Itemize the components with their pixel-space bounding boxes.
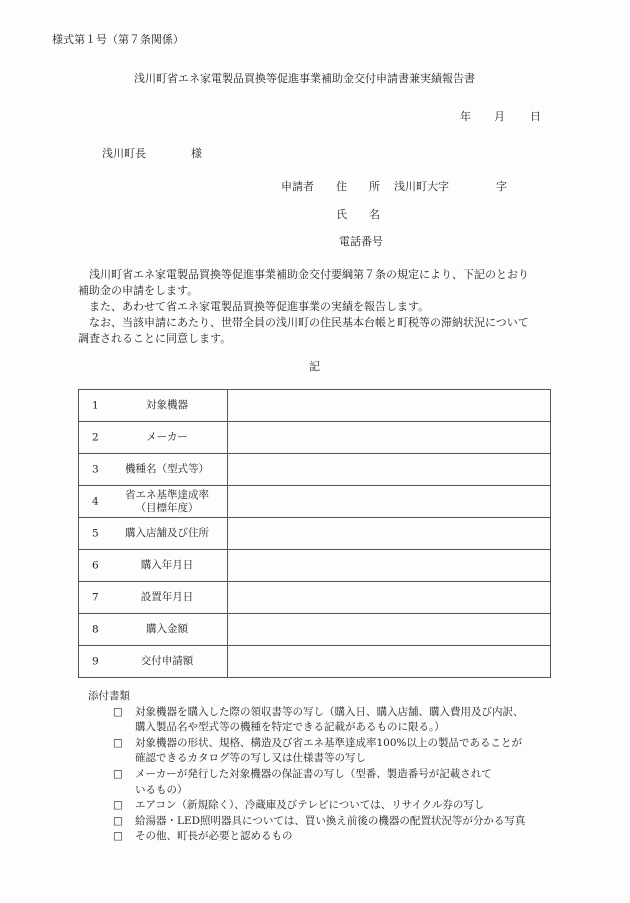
body-text: 浅川町省エネ家電製品買換等促進事業補助金交付要綱第７条の規定により、下記のとおり… — [78, 267, 558, 347]
attachment-item: □ エアコン（新規除く）、冷蔵庫及びテレビについては、リサイクル券の写し — [88, 798, 568, 814]
table-row: 8購入金額 — [79, 614, 551, 646]
row-number: 1 — [92, 399, 99, 412]
attachment-item: □ 対象機器の形状、規格、構造及び省エネ基準達成率100%以上の製品であることが… — [88, 736, 568, 767]
row-number: 8 — [92, 623, 99, 636]
row-number: 2 — [92, 431, 99, 444]
row-value-cell[interactable] — [228, 646, 551, 678]
row-value-cell[interactable] — [228, 454, 551, 486]
para3-line2: 調査されることに同意します。 — [78, 331, 558, 347]
para2: また、あわせて省エネ家電製品買換等促進事業の実績を報告します。 — [78, 299, 558, 315]
phone-label: 電話番号 — [339, 235, 383, 249]
address-label-2: 所 — [369, 180, 380, 194]
address-value[interactable]: 浅川町大字 — [394, 180, 449, 194]
row-label: 購入店舗及び住所 — [79, 527, 227, 540]
attachment-line: 購入製品名や型式等の機種を特定できる記載があるものに限る。） — [135, 720, 568, 736]
row-value-cell[interactable] — [228, 614, 551, 646]
table-row: 3機種名（型式等） — [79, 454, 551, 486]
table-row: 2メーカー — [79, 422, 551, 454]
para1-line1: 浅川町省エネ家電製品買換等促進事業補助金交付要綱第７条の規定により、下記のとおり — [78, 267, 558, 283]
row-number: 7 — [92, 591, 99, 604]
name-label-1: 氏 — [336, 208, 347, 222]
row-value-cell[interactable] — [228, 390, 551, 422]
addressee-name: 浅川町長 — [102, 147, 146, 161]
checkbox-icon[interactable]: □ — [113, 829, 123, 845]
table-row: 5購入店舗及び住所 — [79, 518, 551, 550]
row-label: 購入金額 — [79, 623, 227, 636]
attachment-line: メーカーが発行した対象機器の保証書の写し（型番、製造番号が記載されて — [135, 767, 568, 783]
row-value-cell[interactable] — [228, 518, 551, 550]
table-row: 1対象機器 — [79, 390, 551, 422]
row-label: 設置年月日 — [79, 591, 227, 604]
address-label-1: 住 — [336, 180, 347, 194]
attachment-line: エアコン（新規除く）、冷蔵庫及びテレビについては、リサイクル券の写し — [135, 798, 568, 814]
row-value-cell[interactable] — [228, 550, 551, 582]
table-row: 9交付申請額 — [79, 646, 551, 678]
attachment-item: □ その他、町長が必要と認めるもの — [88, 829, 568, 845]
date-year-label: 年 — [460, 110, 471, 124]
attachment-line: 確認できるカタログ等の写し又は仕様書等の写し — [135, 751, 568, 767]
table-row: 4省エネ基準達成率（目標年度） — [79, 486, 551, 518]
address-suffix: 字 — [496, 180, 507, 194]
checkbox-icon[interactable]: □ — [113, 798, 123, 814]
row-value-cell[interactable] — [228, 582, 551, 614]
attachments-section: 添付書類 □ 対象機器を購入した際の領収書等の写し（購入日、購入店舗、購入費用及… — [88, 689, 568, 845]
row-label: 購入年月日 — [79, 559, 227, 572]
attachment-line: 給湯器・LED照明器具については、買い換え前後の機器の配置状況等が分かる写真 — [135, 814, 568, 830]
row-label: 機種名（型式等） — [79, 463, 227, 476]
date-month-label: 月 — [494, 110, 505, 124]
checkbox-icon[interactable]: □ — [113, 705, 123, 721]
row-number: 9 — [92, 655, 99, 668]
ki-heading: 記 — [309, 360, 320, 374]
attachment-line: 対象機器を購入した際の領収書等の写し（購入日、購入店舗、購入費用及び内訳、 — [135, 705, 568, 721]
checkbox-icon[interactable]: □ — [113, 767, 123, 783]
row-label: メーカー — [79, 431, 227, 444]
row-label-sub: （目標年度） — [79, 502, 227, 515]
attachment-item: □ 対象機器を購入した際の領収書等の写し（購入日、購入店舗、購入費用及び内訳、 … — [88, 705, 568, 736]
para3-line1: なお、当該申請にあたり、世帯全員の浅川町の住民基本台帳と町税等の滞納状況について — [78, 315, 558, 331]
attachment-line: その他、町長が必要と認めるもの — [135, 829, 568, 845]
row-number: 3 — [92, 463, 99, 476]
attachment-item: □ メーカーが発行した対象機器の保証書の写し（型番、製造番号が記載されて いるも… — [88, 767, 568, 798]
row-label: 対象機器 — [79, 399, 227, 412]
row-number: 4 — [92, 495, 99, 508]
attachments-heading: 添付書類 — [88, 689, 568, 705]
name-label-2: 名 — [369, 208, 380, 222]
attachment-line: いるもの） — [135, 783, 568, 799]
row-number: 6 — [92, 559, 99, 572]
checkbox-icon[interactable]: □ — [113, 736, 123, 752]
application-details-table: 1対象機器 2メーカー 3機種名（型式等） 4省エネ基準達成率（目標年度） 5購… — [78, 389, 551, 678]
attachment-item: □ 給湯器・LED照明器具については、買い換え前後の機器の配置状況等が分かる写真 — [88, 814, 568, 830]
addressee-honorific: 様 — [191, 147, 202, 161]
form-number: 様式第１号（第７条関係） — [52, 33, 184, 47]
row-value-cell[interactable] — [228, 486, 551, 518]
applicant-label: 申請者 — [281, 180, 314, 194]
row-label: 省エネ基準達成率 — [79, 489, 227, 502]
table-row: 7設置年月日 — [79, 582, 551, 614]
row-number: 5 — [92, 527, 99, 540]
row-value-cell[interactable] — [228, 422, 551, 454]
date-day-label: 日 — [530, 110, 541, 124]
attachment-line: 対象機器の形状、規格、構造及び省エネ基準達成率100%以上の製品であることが — [135, 736, 568, 752]
checkbox-icon[interactable]: □ — [113, 814, 123, 830]
row-label: 交付申請額 — [79, 655, 227, 668]
document-title: 浅川町省エネ家電製品買換等促進事業補助金交付申請書兼実績報告書 — [134, 72, 475, 86]
para1-line2: 補助金の申請をします。 — [78, 283, 558, 299]
table-row: 6購入年月日 — [79, 550, 551, 582]
